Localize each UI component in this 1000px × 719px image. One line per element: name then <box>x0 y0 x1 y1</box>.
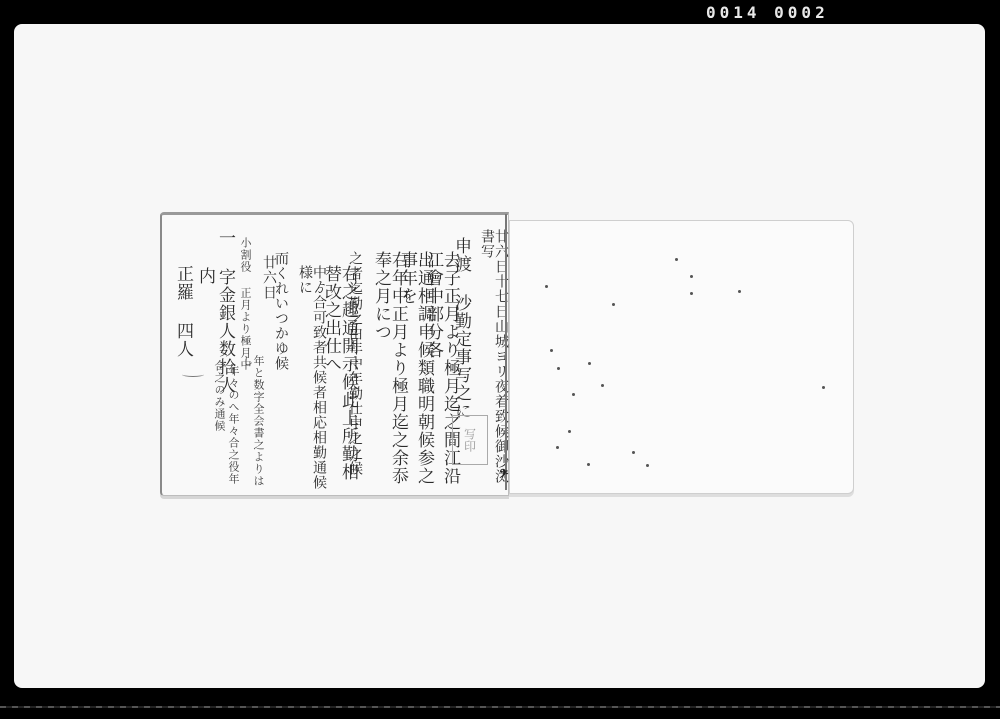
manuscript-column: 年と数字全会書之よりはし <box>242 355 264 495</box>
film-sprocket-edge <box>0 706 1000 708</box>
microfilm-frame-counter: 0014 0002 <box>706 3 829 22</box>
dust-speck <box>738 290 741 293</box>
dust-speck <box>690 292 693 295</box>
dust-speck <box>632 451 635 454</box>
dust-speck <box>545 285 548 288</box>
left-page: 廿六日十七日山城ヨリ夜着致候御沙汰書写 申渡 沙勤定事写之に 去子正月より極月迄… <box>160 212 509 496</box>
manuscript-column: 廿六日 <box>262 255 276 300</box>
dust-speck <box>556 446 559 449</box>
dust-speck <box>601 384 604 387</box>
ink-seal-stamp: 写印 <box>452 415 488 465</box>
manuscript-column: 小割役 正月より極月中 <box>240 237 251 371</box>
manuscript-column: 内 <box>196 267 213 285</box>
manuscript-column: 中ゟ合可致者共候者相応相勤通候様に <box>298 265 326 495</box>
dust-speck <box>568 430 571 433</box>
manuscript-column: 右年中正月より極月迄之余忝奉之月につ <box>372 251 406 495</box>
spine-ribbon-mark: 𝄢 <box>499 468 508 484</box>
manuscript-column: 正羅 四人 <box>174 265 191 358</box>
dust-speck <box>572 393 575 396</box>
manuscript-column: 右之趣通開示候此上所勤相替改之出仕へ <box>322 265 356 495</box>
dust-speck <box>822 386 825 389</box>
dust-speck <box>557 367 560 370</box>
ink-flourish <box>182 372 204 377</box>
manuscript-column: 年々のへ年々合之役年 <box>228 365 239 485</box>
manuscript-column: 合之のみ通候 <box>214 360 225 432</box>
dust-speck <box>675 258 678 261</box>
dust-speck <box>646 464 649 467</box>
dust-speck <box>588 362 591 365</box>
dust-speck <box>690 275 693 278</box>
dust-speck <box>587 463 590 466</box>
book-spine <box>505 214 507 490</box>
right-page-blank <box>509 220 854 494</box>
dust-speck <box>612 303 615 306</box>
dust-speck <box>550 349 553 352</box>
open-manuscript-book: 廿六日十七日山城ヨリ夜着致候御沙汰書写 申渡 沙勤定事写之に 去子正月より極月迄… <box>160 212 855 496</box>
